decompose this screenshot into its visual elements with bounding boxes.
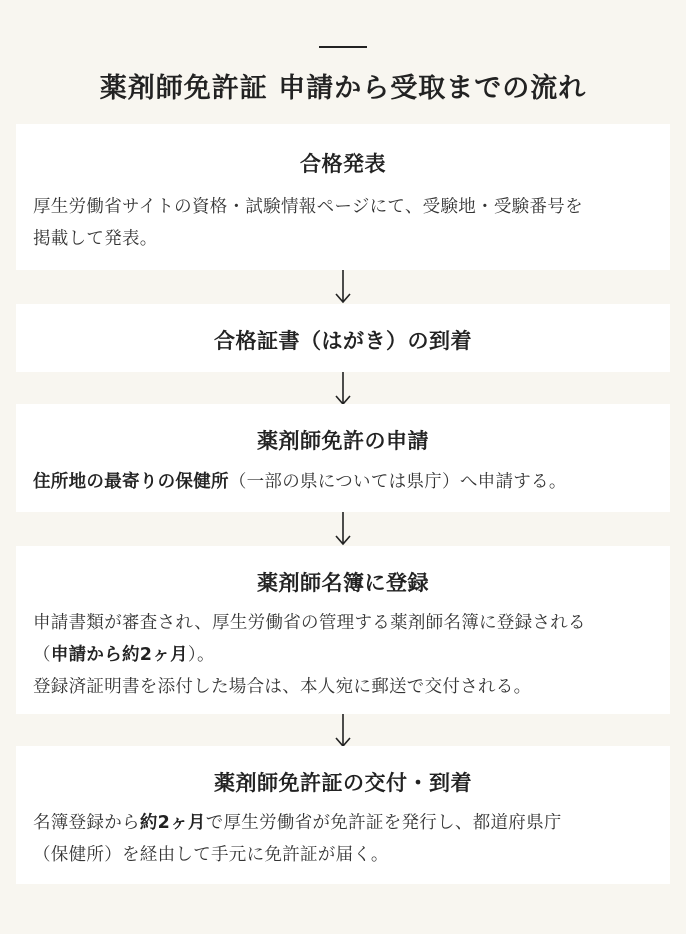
step-text: （ [33, 645, 51, 665]
step-box-license-delivery: 薬剤師免許証の交付・到着 名簿登録から約2ヶ月で厚生労働省が免許証を発行し、都道… [16, 746, 670, 884]
page-title: 薬剤師免許証 申請から受取までの流れ [0, 66, 686, 105]
down-arrow-icon [334, 372, 352, 406]
step-text: 掲載して発表。 [33, 229, 158, 249]
step-text: 厚生労働省サイトの資格・試験情報ページにて、受験地・受験番号を [33, 197, 583, 217]
step-title: 薬剤師免許の申請 [33, 425, 653, 455]
step-text: で厚生労働省が免許証を発行し、都道府県庁 [206, 813, 562, 833]
step-box-license-application: 薬剤師免許の申請 住所地の最寄りの保健所（一部の県については県庁）へ申請する。 [16, 404, 670, 512]
title-divider [319, 46, 367, 48]
down-arrow-icon [334, 714, 352, 748]
step-box-registry-registration: 薬剤師名簿に登録 申請書類が審査され、厚生労働省の管理する薬剤師名簿に登録される… [16, 546, 670, 714]
down-arrow-icon [334, 270, 352, 304]
step-description: 名簿登録から約2ヶ月で厚生労働省が免許証を発行し、都道府県庁 （保健所）を経由し… [33, 807, 653, 871]
step-text-bold: 申請から約2ヶ月 [51, 645, 188, 665]
step-text: （一部の県については県庁）へ申請する。 [229, 472, 567, 492]
step-description: 住所地の最寄りの保健所（一部の県については県庁）へ申請する。 [33, 466, 653, 498]
step-title: 合格証書（はがき）の到着 [33, 325, 653, 355]
step-title: 薬剤師名簿に登録 [33, 567, 653, 597]
step-box-pass-announcement: 合格発表 厚生労働省サイトの資格・試験情報ページにて、受験地・受験番号を 掲載し… [16, 124, 670, 270]
step-text-bold: 約2ヶ月 [140, 813, 206, 833]
step-text: ）。 [188, 645, 215, 665]
step-title: 薬剤師免許証の交付・到着 [33, 767, 653, 797]
step-title: 合格発表 [33, 148, 653, 178]
step-text: 名簿登録から [33, 813, 140, 833]
step-description: 厚生労働省サイトの資格・試験情報ページにて、受験地・受験番号を 掲載して発表。 [33, 191, 653, 255]
down-arrow-icon [334, 512, 352, 546]
step-text: 登録済証明書を添付した場合は、本人宛に郵送で交付される。 [33, 677, 531, 697]
step-box-certificate-arrival: 合格証書（はがき）の到着 [16, 304, 670, 372]
step-description: 申請書類が審査され、厚生労働省の管理する薬剤師名簿に登録される （申請から約2ヶ… [33, 607, 653, 703]
step-text: 申請書類が審査され、厚生労働省の管理する薬剤師名簿に登録される [33, 613, 586, 633]
step-text: （保健所）を経由して手元に免許証が届く。 [33, 845, 389, 865]
step-text-bold: 住所地の最寄りの保健所 [33, 472, 229, 492]
